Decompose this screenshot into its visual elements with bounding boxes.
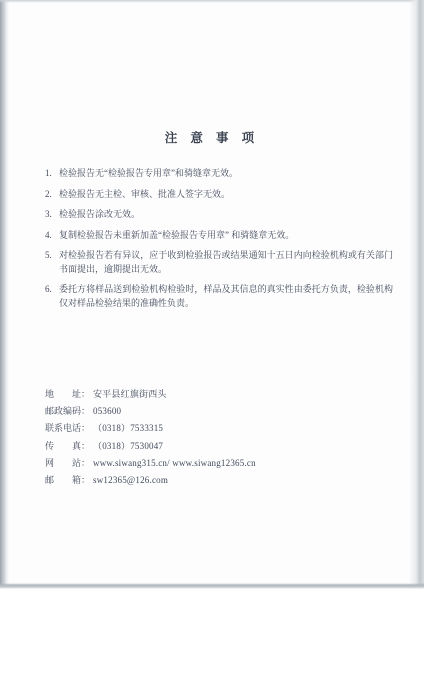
notice-item-number: 1.	[45, 167, 59, 181]
notice-item-text: 检验报告无“检验报告专用章”和骑缝章无效。	[59, 167, 393, 181]
scan-edge-right	[409, 0, 424, 585]
contact-label: 联系电话：	[45, 420, 90, 437]
contact-value: 安平县红旗街西头	[93, 386, 167, 403]
notice-item-text: 对检验报告若有异议，应于收到检验报告或结果通知十五日内向检验机构或有关部门书面提…	[59, 249, 393, 276]
notice-item-text: 委托方将样品送到检验机构检验时，样品及其信息的真实性由委托方负责，检验机构仅对样…	[59, 283, 393, 310]
contact-label: 传 真：	[45, 438, 90, 455]
contact-row: 传 真： （0318）7530047	[45, 438, 375, 455]
notice-item-number: 6.	[45, 283, 59, 310]
contact-label: 邮政编码：	[45, 403, 90, 420]
notice-item-text: 复制检验报告未重新加盖“检验报告专用章” 和骑缝章无效。	[59, 229, 393, 243]
contact-value: sw12365@126.com	[93, 472, 168, 489]
contact-row: 网 站： www.siwang315.cn/ www.siwang12365.c…	[45, 455, 375, 472]
notice-item: 3. 检验报告涂改无效。	[45, 208, 393, 222]
notice-item-text: 检验报告无主检、审核、批准人签字无效。	[59, 188, 393, 202]
contact-value: 053600	[93, 403, 121, 420]
scan-edge-left	[0, 0, 9, 585]
page-title: 注 意 事 项	[0, 128, 424, 146]
notice-item-number: 2.	[45, 188, 59, 202]
notice-item: 2. 检验报告无主检、审核、批准人签字无效。	[45, 188, 393, 202]
contact-label: 网 站：	[45, 455, 90, 472]
notice-item: 4. 复制检验报告未重新加盖“检验报告专用章” 和骑缝章无效。	[45, 229, 393, 243]
notice-item: 5. 对检验报告若有异议，应于收到检验报告或结果通知十五日内向检验机构或有关部门…	[45, 249, 393, 276]
scanned-document-page: 注 意 事 项 1. 检验报告无“检验报告专用章”和骑缝章无效。 2. 检验报告…	[0, 0, 424, 589]
contact-row: 邮政编码： 053600	[45, 403, 375, 420]
notice-item-number: 5.	[45, 249, 59, 276]
notice-item: 1. 检验报告无“检验报告专用章”和骑缝章无效。	[45, 167, 393, 181]
notice-list: 1. 检验报告无“检验报告专用章”和骑缝章无效。 2. 检验报告无主检、审核、批…	[45, 167, 393, 317]
contact-label: 邮 箱：	[45, 472, 90, 489]
page-background-below-scan	[0, 589, 424, 700]
contact-value: （0318）7533315	[93, 420, 163, 437]
notice-item-number: 3.	[45, 208, 59, 222]
contact-row: 地 址： 安平县红旗街西头	[45, 386, 375, 403]
notice-item-number: 4.	[45, 229, 59, 243]
contact-value: （0318）7530047	[93, 438, 163, 455]
contact-row: 邮 箱： sw12365@126.com	[45, 472, 375, 489]
notice-item: 6. 委托方将样品送到检验机构检验时，样品及其信息的真实性由委托方负责，检验机构…	[45, 283, 393, 310]
contact-label: 地 址：	[45, 386, 90, 403]
contact-block: 地 址： 安平县红旗街西头 邮政编码： 053600 联系电话： （0318）7…	[45, 386, 375, 489]
contact-row: 联系电话： （0318）7533315	[45, 420, 375, 437]
contact-value: www.siwang315.cn/ www.siwang12365.cn	[93, 455, 256, 472]
scan-edge-top	[0, 0, 424, 3]
notice-item-text: 检验报告涂改无效。	[59, 208, 393, 222]
